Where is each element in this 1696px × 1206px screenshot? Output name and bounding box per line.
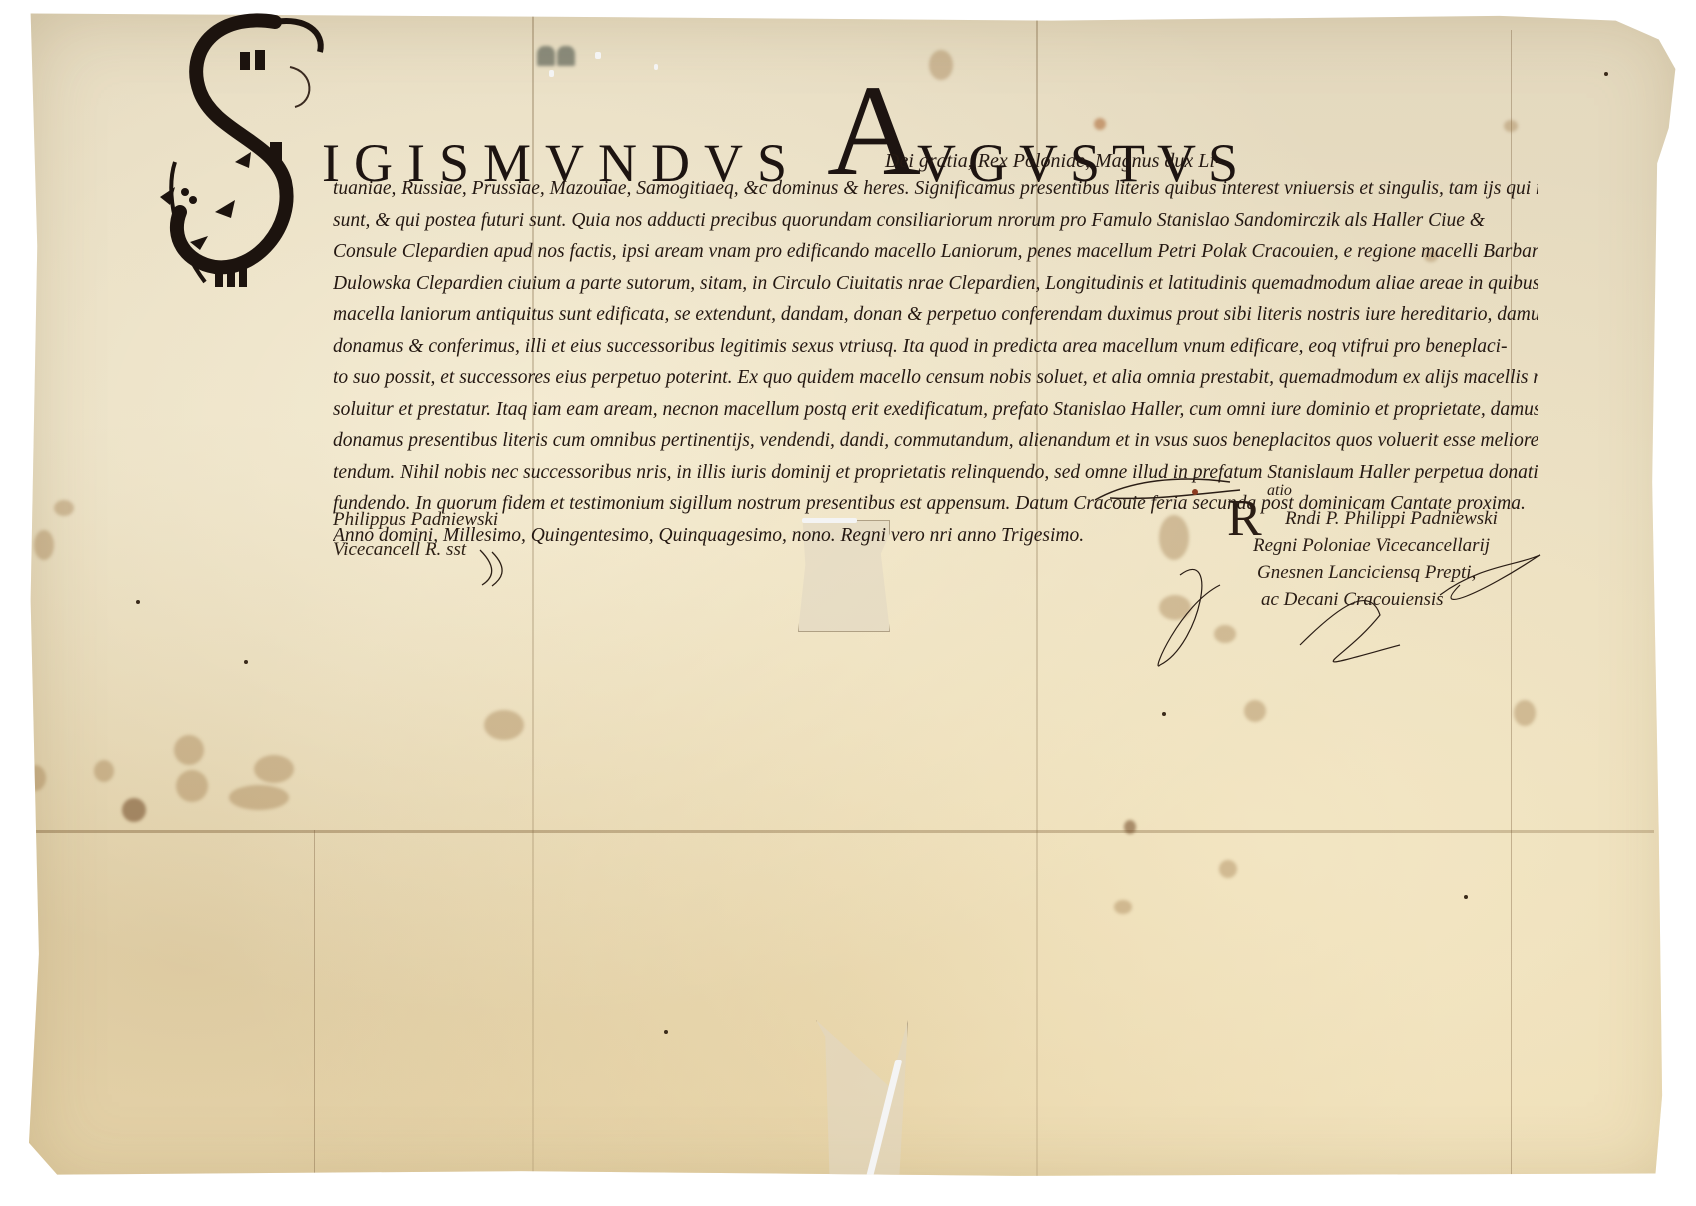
ink-speck	[136, 600, 140, 604]
ink-speck	[664, 1030, 668, 1034]
stain	[1219, 860, 1237, 878]
margin-ruling-left	[314, 830, 315, 1180]
hole	[595, 52, 601, 59]
stain	[174, 735, 204, 765]
ink-speck	[1162, 712, 1166, 716]
stain	[1514, 700, 1536, 726]
body-line: Dulowska Clepardien ciuium a parte sutor…	[333, 268, 1538, 300]
title-line-continuation: Dei gratia, Rex Poloniae, Magnus dux Li-	[885, 150, 1222, 173]
fold-line-horizontal	[24, 830, 1654, 833]
body-line: Consule Clepardien apud nos factis, ipsi…	[333, 236, 1538, 268]
ink-speck	[244, 660, 248, 664]
pen-flourish-paraph	[1140, 525, 1560, 675]
stain	[229, 785, 289, 810]
hole	[549, 70, 554, 77]
stain	[1504, 120, 1518, 132]
stain	[484, 710, 524, 740]
signature-left-name: Philippus Padniewski	[333, 505, 498, 535]
body-line: donamus & conferimus, illi et eius succe…	[333, 331, 1538, 363]
stain	[24, 765, 46, 791]
stain	[1114, 900, 1132, 914]
stain	[94, 760, 114, 782]
charter-body: tuaniae, Russiae, Prussiae, Mazouiae, Sa…	[333, 173, 1538, 551]
hole	[654, 64, 658, 70]
seal-mark	[557, 46, 575, 66]
ink-speck	[1604, 72, 1608, 76]
stain	[254, 755, 294, 783]
ink-speck	[1464, 895, 1468, 899]
pen-flourish-signature	[470, 540, 530, 590]
stain	[1244, 700, 1266, 722]
body-line: sunt, & qui postea futuri sunt. Quia nos…	[333, 205, 1538, 237]
stain	[122, 798, 146, 822]
registration-line-0: atio	[1267, 477, 1292, 504]
body-line: soluitur et prestatur. Itaq iam eam area…	[333, 394, 1538, 426]
stain	[1094, 118, 1106, 130]
body-line: to suo possit, et successores eius perpe…	[333, 362, 1538, 394]
body-line: tendum. Nihil nobis nec successoribus nr…	[333, 457, 1538, 489]
stain	[34, 530, 54, 560]
stain	[1124, 820, 1136, 834]
stain	[929, 50, 953, 80]
pen-flourish-date	[1090, 470, 1250, 510]
stain	[54, 500, 74, 516]
body-line: tuaniae, Russiae, Prussiae, Mazouiae, Sa…	[333, 173, 1538, 205]
stain	[176, 770, 208, 802]
body-line: macella laniorum antiquitus sunt edifica…	[333, 299, 1538, 331]
repaired-tear-lower	[816, 1020, 908, 1187]
seal-mark	[537, 46, 555, 66]
body-line: donamus presentibus literis cum omnibus …	[333, 425, 1538, 457]
